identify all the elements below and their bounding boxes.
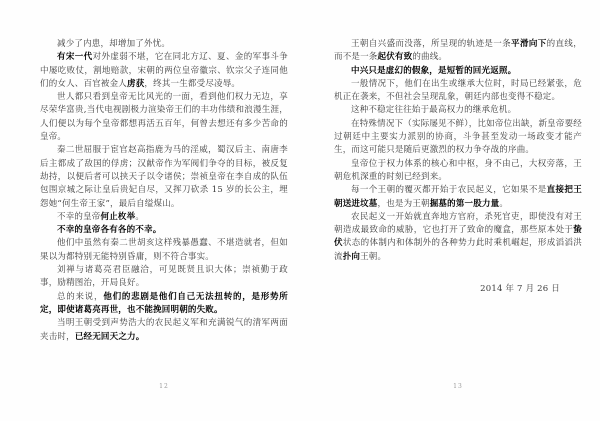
paragraph: 中兴只是虚幻的假象，是短暂的回光返照。 [334,65,582,78]
text-run: 。 [135,212,144,222]
text-run: 总的来说， [57,292,103,302]
paragraph: 当明王朝受到声势浩大的农民起义军和充满锐气的清军两面夹击时，已经无回天之力。 [40,317,288,344]
text-run: ，终其一生都受尽凌辱。 [144,79,240,89]
bold-run: 有宋一代 [57,52,93,62]
paragraph: 一般情况下，他们在出生或继承大位时，时局已经紧张，危机正在袭来，不但社会呈现乱象… [334,78,582,105]
bold-run: 虏获 [127,79,144,89]
text-run: 他们中虽然有秦二世胡亥这样残暴愚蠢、不堪造就者，但如果以为都特别无能特别昏庸，则… [40,238,288,261]
bold-run: 不幸的皇帝各有各的不幸。 [57,225,161,235]
paragraph: 不幸的皇帝各有各的不幸。 [40,224,288,237]
paragraph: 在特殊情况下（实际屡见不鲜），比如帝位出缺，新皇帝要经过朝廷中主要实力派别的协商… [334,118,582,158]
paragraph: 农民起义一开始就直奔地方官府，杀死官吏，即使没有对王朝造成最致命的威胁，它也打开… [334,211,582,264]
paragraph: 王朝自兴盛而没落，所呈现的轨迹是一条平滑向下的直线，而不是一条起伏有致的曲线。 [334,38,582,65]
text-run: 王朝。 [360,252,386,262]
date-line: 2014 年 7 月 26 日 [334,282,582,294]
left-page: 减少了内患，却增加了外忧。有宋一代对外虚弱不堪，它在同北方辽、夏、金的军事斗争中… [40,38,288,408]
right-page-text: 王朝自兴盛而没落，所呈现的轨迹是一条平滑向下的直线，而不是一条起伏有致的曲线。中… [334,38,582,264]
text-run: 每一个王朝的覆灭都开始于农民起义，它如果不是 [351,185,547,195]
text-run: 世人都只看到皇帝无比风光的一面，看到他们权力无边，享尽荣华富贵,当代电视剧极力渲… [40,92,288,142]
bold-run: 已经无回天之力。 [75,332,145,342]
text-run: 农民起义一开始就直奔地方官府，杀死官吏，即使没有对王朝造成最致命的威胁，它也打开… [334,212,582,235]
paragraph: 减少了内患，却增加了外忧。 [40,38,288,51]
text-run: 皇帝位于权力体系的核心和中枢，身不由己，大权旁落，王朝危机深重的时刻已经到来。 [334,159,582,182]
text-run: 一般情况下，他们在出生或继承大位时，时局已经紧张，危机正在袭来，不但社会呈现乱象… [334,79,582,102]
bold-run: 扑向 [343,252,360,262]
left-page-number: 12 [40,383,288,390]
paragraph: 皇帝位于权力体系的核心和中枢，身不由己，大权旁落，王朝危机深重的时刻已经到来。 [334,158,582,185]
text-run: 这种不稳定往往始于最高权力的继承危机。 [351,105,516,115]
bold-run: 中兴只是虚幻的假象，是短暂的回光返照。 [351,66,516,76]
right-page: 王朝自兴盛而没落，所呈现的轨迹是一条平滑向下的直线，而不是一条起伏有致的曲线。中… [334,38,582,408]
text-run: 秦二世屈服于宦官赵高指鹿为马的淫威，蜀汉后主、南唐李后主都成了敌国的俘虏；汉献帝… [40,145,288,208]
text-run: 的曲线。 [412,52,447,62]
right-page-number: 13 [334,383,582,390]
book-spread: 减少了内患，却增加了外忧。有宋一代对外虚弱不堪，它在同北方辽、夏、金的军事斗争中… [0,0,600,421]
paragraph: 刘禅与诸葛亮君臣融洽，可见既贤且识大体；崇祯勤于政事，励精图治，开局良好。 [40,264,288,291]
paragraph: 总的来说，他们的悲剧是他们自己无法扭转的，是形势所定，即使诸葛亮再世，也不能挽回… [40,291,288,318]
bold-run: 何止枚举 [101,212,136,222]
paragraph: 世人都只看到皇帝无比风光的一面，看到他们权力无边，享尽荣华富贵,当代电视剧极力渲… [40,91,288,144]
text-run: 减少了内患，却增加了外忧。 [57,39,170,49]
paragraph: 秦二世屈服于宦官赵高指鹿为马的淫威，蜀汉后主、南唐李后主都成了敌国的俘虏；汉献帝… [40,144,288,210]
paragraph: 这种不稳定往往始于最高权力的继承危机。 [334,104,582,117]
paragraph: 有宋一代对外虚弱不堪，它在同北方辽、夏、金的军事斗争中屡吃败仗，割地赔款，宋朝的… [40,51,288,91]
paragraph: 每一个王朝的覆灭都开始于农民起义，它如果不是直接把王朝送进坟墓，也是为王朝掘墓的… [334,184,582,211]
text-run: 不幸的皇帝 [57,212,101,222]
bold-run: 平滑向下 [511,39,547,49]
text-run: 刘禅与诸葛亮君臣融洽，可见既贤且识大体；崇祯勤于政事，励精图治，开局良好。 [40,265,288,288]
bold-run: 掘墓的第一股力量 [430,199,500,209]
text-run: 。 [499,199,508,209]
text-run: ，也是为王朝 [378,199,430,209]
paragraph: 不幸的皇帝何止枚举。 [40,211,288,224]
text-run: 在特殊情况下（实际屡见不鲜），比如帝位出缺，新皇帝要经过朝廷中主要实力派别的协商… [334,119,582,156]
left-page-text: 减少了内患，却增加了外忧。有宋一代对外虚弱不堪，它在同北方辽、夏、金的军事斗争中… [40,38,288,344]
text-run: 王朝自兴盛而没落，所呈现的轨迹是一条 [351,39,511,49]
bold-run: 起伏有致 [378,52,413,62]
paragraph: 他们中虽然有秦二世胡亥这样残暴愚蠢、不堪造就者，但如果以为都特别无能特别昏庸，则… [40,237,288,264]
